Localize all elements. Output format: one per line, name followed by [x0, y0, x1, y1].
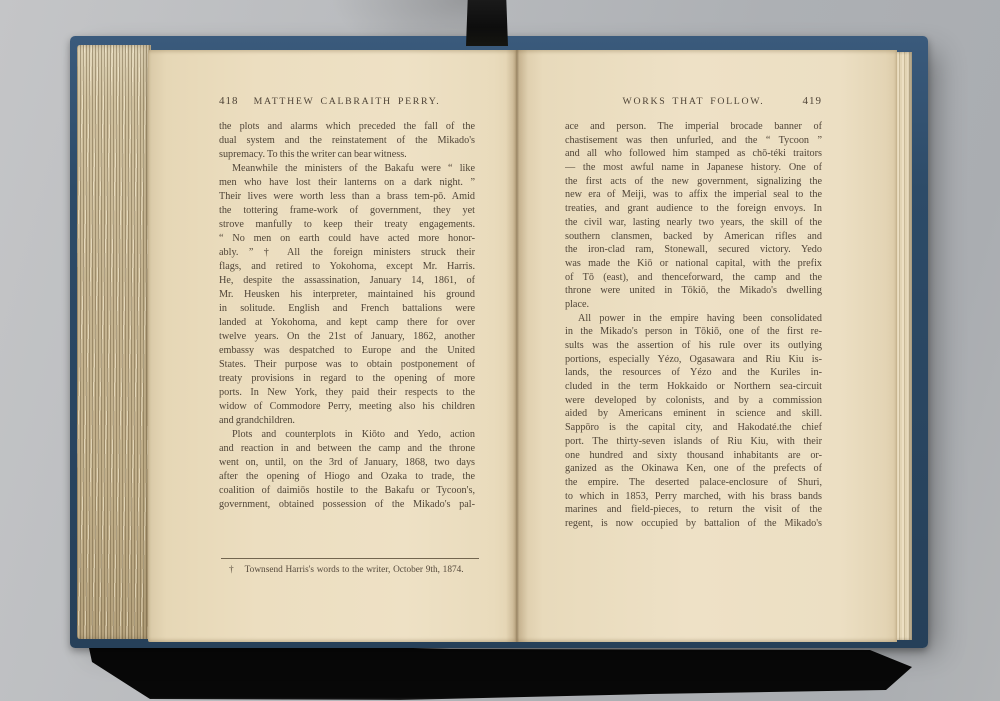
footnote: †Townsend Harris's words to the writer, … [219, 564, 477, 576]
right-page-number: 419 [803, 95, 823, 107]
text-line: — the most awful name in Japanese histor… [565, 161, 822, 175]
text-line: lands, the resources of Yézo and the Kur… [565, 366, 822, 380]
left-page-text: the plots and alarms which preceded the … [219, 120, 475, 512]
text-line: portions, especially Yézo, Ogasawara and… [565, 353, 822, 367]
text-line: the plots and alarms which preceded the … [219, 120, 475, 134]
text-line: treaty provisions in regard to the openi… [219, 372, 475, 386]
text-line: after the opening of Hiogo and Ozaka to … [219, 470, 475, 484]
text-line: port. The thirty-seven islands of Riu Ki… [565, 435, 822, 449]
text-line: were developed by colonists, and by a co… [565, 394, 822, 408]
open-book: 418 MATTHEW CALBRAITH PERRY. the plots a… [70, 36, 928, 648]
text-line: coalition of daimiōs hostile to the Baka… [219, 484, 475, 498]
text-line: regent, is now occupied by battalion of … [565, 517, 822, 531]
text-line: southern clansmen, backed by American ri… [565, 230, 822, 244]
text-line: widow of Commodore Perry, meeting also h… [219, 400, 475, 414]
text-line: and grandchildren. [219, 414, 475, 428]
text-line: was made the Kiō or national capital, wi… [565, 257, 822, 271]
left-running-header: 418 MATTHEW CALBRAITH PERRY. [219, 96, 475, 110]
text-line: landed at Yokohoma, and kept camp there … [219, 316, 475, 330]
text-line: cluded in the term Hokkaido or Northern … [565, 380, 822, 394]
text-line: States. Their purpose was to obtain post… [219, 358, 475, 372]
right-page-text: ace and person. The imperial brocade ban… [565, 120, 822, 531]
text-line: the iron-clad ram, Stonewall, secured vi… [565, 243, 822, 257]
text-line: government, obtained possession of the M… [219, 498, 475, 512]
text-line: Sappōro is the capital city, and Hakodat… [565, 421, 822, 435]
text-line: and reaction in and between the camp and… [219, 442, 475, 456]
dagger-symbol: † [229, 565, 234, 575]
text-line: embassy was despatched to Europe and the… [219, 344, 475, 358]
text-line: and all who followed him stamped as chō-… [565, 147, 822, 161]
book-stand-clamp [466, 0, 508, 46]
text-line: ports. In New York, they paid their resp… [219, 386, 475, 400]
text-line: dual system and the reinstatement of the… [219, 134, 475, 148]
text-line: All power in the empire having been cons… [565, 312, 822, 326]
text-line: ganized as the Okinawa Ken, one of the p… [565, 462, 822, 476]
text-line: aided by Americans eminent in science an… [565, 407, 822, 421]
text-line: marines and field-pieces, to return the … [565, 503, 822, 517]
text-line: Meanwhile the ministers of the Bakafu we… [219, 162, 475, 176]
right-header-title: WORKS THAT FOLLOW. [565, 96, 822, 107]
photograph-background: 418 MATTHEW CALBRAITH PERRY. the plots a… [0, 0, 1000, 701]
text-line: place. [565, 298, 822, 312]
text-line: in the Mikado's person in Tōkiō, one of … [565, 325, 822, 339]
text-line: He, despite the assassination, January 1… [219, 274, 475, 288]
text-line: strove manfully to keep their treaty eng… [219, 218, 475, 232]
text-line: the first acts of the new government, si… [565, 175, 822, 189]
text-line: throne were united in Tōkiō, the Mikado'… [565, 284, 822, 298]
left-page-number: 418 [219, 95, 239, 107]
right-running-header: WORKS THAT FOLLOW. 419 [565, 96, 822, 110]
text-line: Their lives were worth less than a brass… [219, 190, 475, 204]
text-line: men who have lost their lanterns on a da… [219, 176, 475, 190]
text-line: in solitude. English and French battalio… [219, 302, 475, 316]
left-header-title: MATTHEW CALBRAITH PERRY. [219, 96, 475, 107]
page-stack-fore-edge [77, 45, 151, 639]
text-line: “ No men on earth could have acted more … [219, 232, 475, 246]
text-line: chastisement was then unfurled, and the … [565, 134, 822, 148]
text-line: treaties, and grant audience to the fore… [565, 202, 822, 216]
text-line: to which in 1853, Perry marched, with hi… [565, 490, 822, 504]
text-line: ace and person. The imperial brocade ban… [565, 120, 822, 134]
text-line: sults was the assertion of his rule over… [565, 339, 822, 353]
right-page-edges [897, 52, 912, 640]
text-line: the tottering frame-work of government, … [219, 204, 475, 218]
text-line: Mr. Heusken his interpreter, maintained … [219, 288, 475, 302]
text-line: the empire. The deserted palace-enclosur… [565, 476, 822, 490]
text-line: twelve years. On the 21st of January, 18… [219, 330, 475, 344]
text-line: Plots and counterplots in Kiōto and Yedo… [219, 428, 475, 442]
footnote-rule [221, 558, 479, 559]
text-line: one hundred and sixty thousand inhabitan… [565, 449, 822, 463]
text-line: ably. ” † All the foreign ministers stru… [219, 246, 475, 260]
text-line: new era of Meiji, was to affix the imper… [565, 188, 822, 202]
bottom-page-edges [150, 642, 895, 649]
text-line: went on, until, on the 3rd of January, 1… [219, 456, 475, 470]
footnote-text: Townsend Harris's words to the writer, O… [245, 565, 464, 575]
text-line: the civil war, lasting nearly two years,… [565, 216, 822, 230]
text-line: flags, and retired to Yokohoma, except M… [219, 260, 475, 274]
text-line: of Tō (east), and thenceforward, the cam… [565, 271, 822, 285]
text-line: supremacy. To this the writer can bear w… [219, 148, 475, 162]
